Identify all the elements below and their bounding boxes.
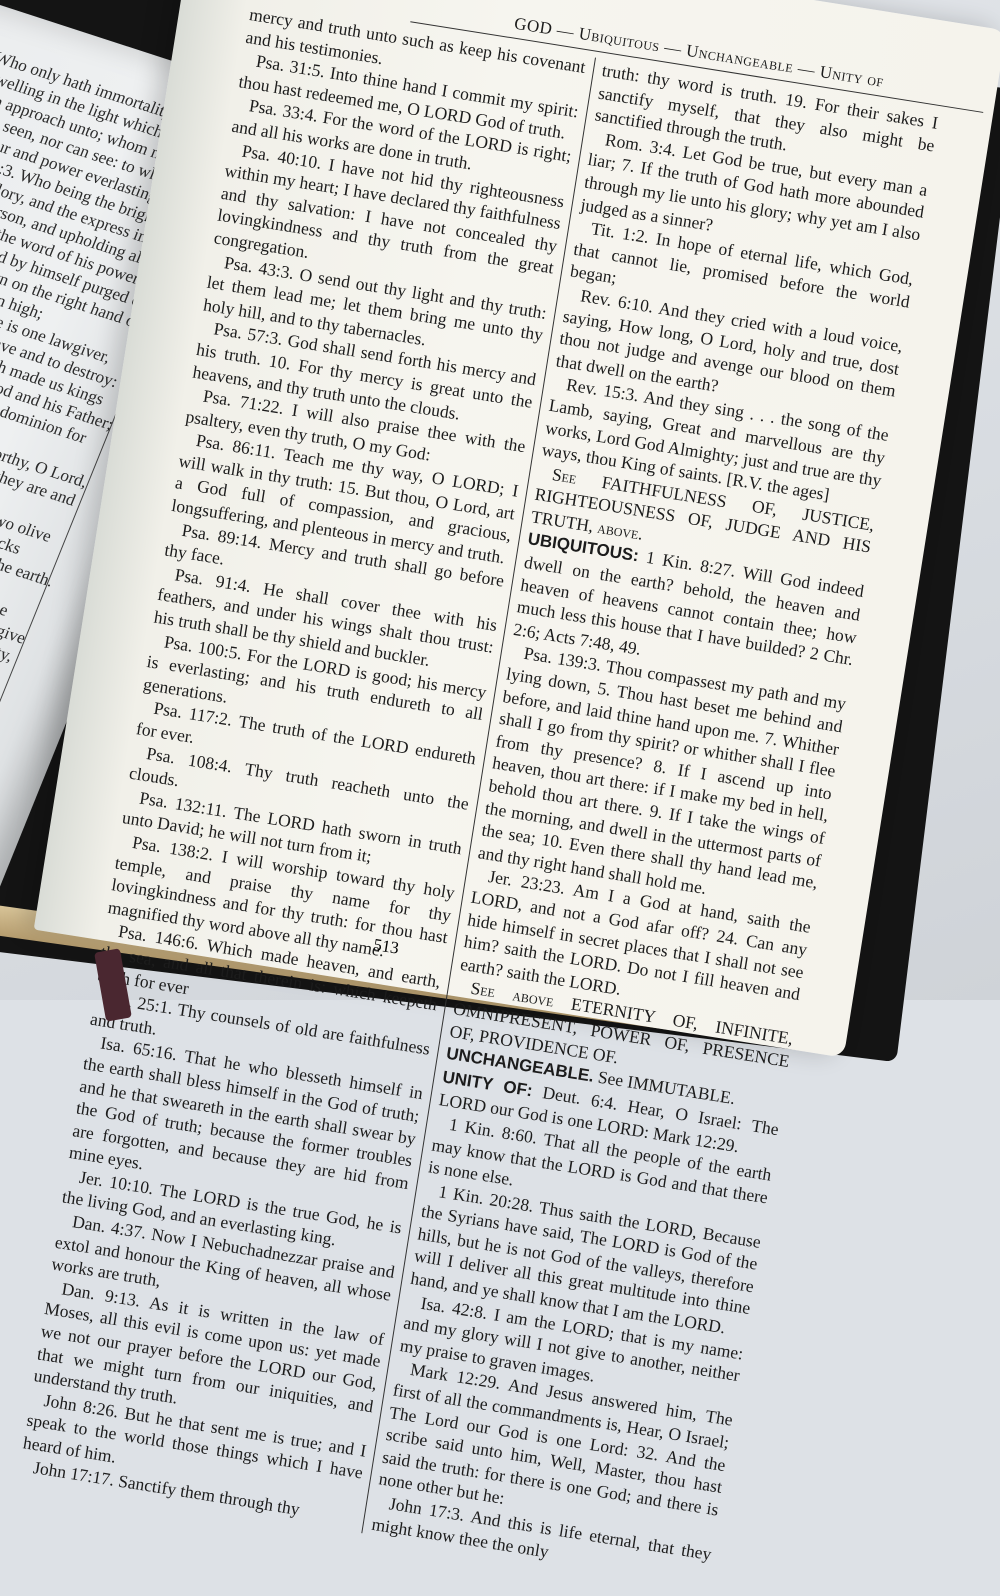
running-head-god: GOD	[513, 14, 554, 39]
separator: —	[792, 58, 822, 81]
page-number: 513	[372, 935, 400, 959]
photo-background: HI JK Who only hath immortality, dwellin…	[0, 0, 1000, 1000]
two-column-body: mercy and truth unto such as keep his co…	[18, 3, 943, 1000]
separator: —	[551, 20, 581, 43]
right-page: GOD — Ubiquitous — Unchangeable — Unity …	[34, 0, 1000, 1000]
page-content: GOD — Ubiquitous — Unchangeable — Unity …	[18, 0, 948, 1000]
separator: —	[658, 37, 688, 60]
running-head-unity-of: Unity of	[819, 62, 886, 91]
running-head-unchangeable: Unchangeable	[685, 41, 795, 77]
running-head-ubiquitous: Ubiquitous	[578, 24, 662, 56]
